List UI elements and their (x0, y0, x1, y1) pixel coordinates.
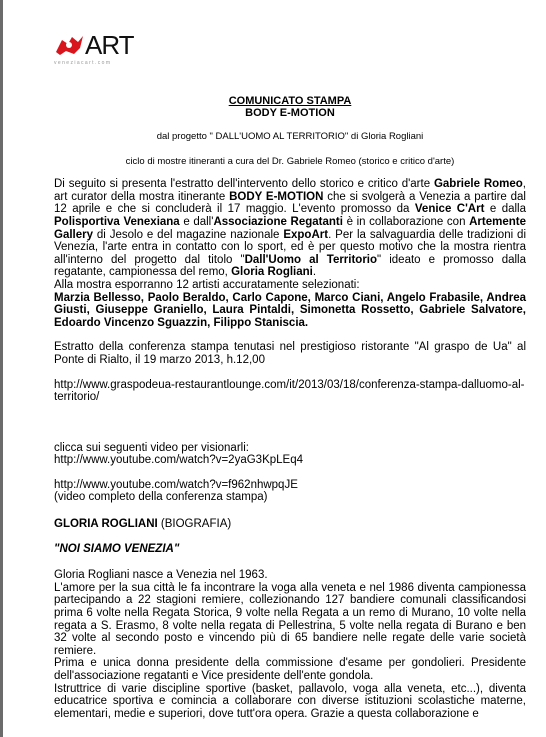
intro-text: è in collaborazione con (343, 216, 469, 228)
bio-motto: "NOI SIAMO VENEZIA" (54, 543, 526, 556)
project-name: Dall'Uomo al Territorio (245, 254, 377, 266)
bio-paragraph-3: Prima e unica donna presidente della com… (54, 657, 526, 682)
intro-text: di Jesolo e del magazine nazionale (93, 229, 283, 241)
intro-text: e dall' (180, 216, 214, 228)
curator-name: Gabriele Romeo (434, 178, 523, 190)
video-url-2[interactable]: http://www.youtube.com/watch?v=f962nhwpq… (54, 479, 298, 491)
exhibition-name: BODY E-MOTION (229, 191, 323, 203)
conference-text: Estratto della conferenza stampa tenutas… (54, 341, 526, 366)
athlete-name: Gloria Rogliani (231, 266, 313, 278)
video-link-1[interactable]: http://www.youtube.com/watch?v=2yaG3KpLE… (54, 454, 526, 467)
press-release: COMUNICATO STAMPA BODY E-MOTION dal prog… (54, 95, 526, 720)
bio-heading: GLORIA ROGLIANI (BIOGRAFIA) (54, 518, 526, 531)
organizer-name: Polisportiva Venexiana (54, 216, 180, 228)
video-link-2[interactable]: http://www.youtube.com/watch?v=f962nhwpq… (54, 479, 526, 492)
bio-paragraph-2: L'amore per la sua città le fa incontrar… (54, 582, 526, 658)
venice-cart-logo: ART veneziacart.com (48, 30, 138, 70)
organizer-name: Venice C'Art (415, 203, 485, 215)
bio-label: (BIOGRAFIA) (158, 518, 231, 530)
logo-text: ART (85, 32, 134, 58)
document-subtitle: BODY E-MOTION (54, 107, 526, 119)
project-line: dal progetto " DALL'UOMO AL TERRITORIO" … (54, 131, 526, 144)
lion-emblem-icon (54, 34, 84, 56)
intro-text: e dalla (484, 203, 526, 215)
video-note: (video completo della conferenza stampa) (54, 491, 526, 504)
artists-list: Marzia Bellesso, Paolo Beraldo, Carlo Ca… (54, 292, 526, 330)
bio-paragraph-4: Istruttrice di varie discipline sportive… (54, 683, 526, 721)
logo-tagline: veneziacart.com (54, 60, 111, 66)
intro-text: . (313, 266, 316, 278)
intro-paragraph: Di seguito si presenta l'estratto dell'i… (54, 178, 526, 279)
partner-name: ExpoArt (283, 229, 328, 241)
conference-link[interactable]: http://www.graspodeua-restaurantlounge.c… (54, 379, 526, 404)
organizer-name: Associazione Regatanti (213, 216, 343, 228)
document-title: COMUNICATO STAMPA (54, 95, 526, 107)
conference-url[interactable]: http://www.graspodeua-restaurantlounge.c… (54, 379, 525, 404)
intro-text: Di seguito si presenta l'estratto dell'i… (54, 178, 434, 190)
page-edge (0, 0, 3, 737)
videos-intro: clicca sui seguenti video per visionarli… (54, 442, 526, 455)
artists-intro: Alla mostra esporranno 12 artisti accura… (54, 279, 526, 292)
bio-paragraph-1: Gloria Rogliani nasce a Venezia nel 1963… (54, 569, 526, 582)
video-url-1[interactable]: http://www.youtube.com/watch?v=2yaG3KpLE… (54, 454, 303, 466)
bio-name: GLORIA ROGLIANI (54, 518, 158, 530)
cycle-line: ciclo di mostre itineranti a cura del Dr… (54, 156, 526, 169)
